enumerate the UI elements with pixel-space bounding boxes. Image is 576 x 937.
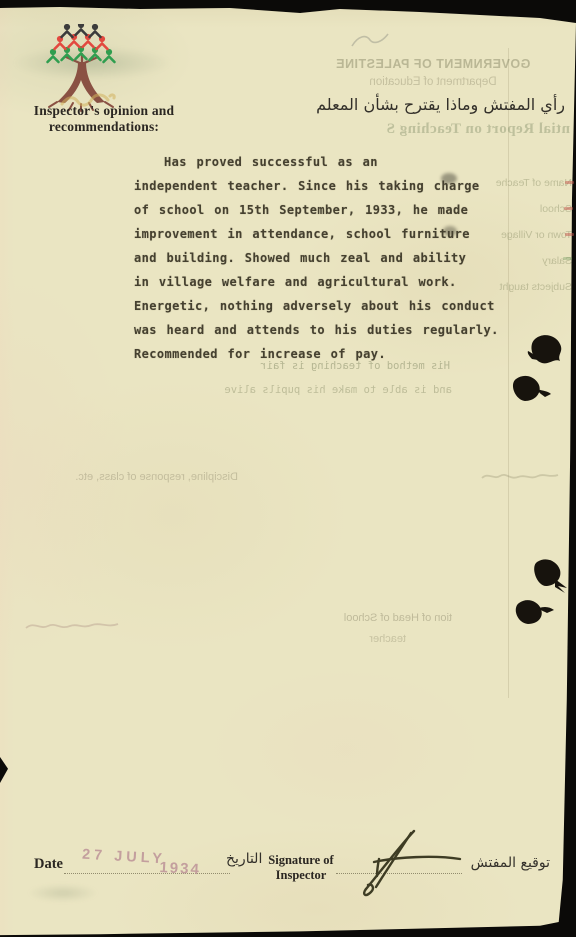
bleedthrough-government-line: GOVERNMENT OF PALESTINE [318,57,548,71]
body-line: was heard and attends to his duties regu… [134,318,479,342]
bleedthrough-red-mark [564,207,573,210]
bleedthrough-red-mark [565,181,574,184]
body-line: Energetic, nothing adversely about his c… [134,294,479,318]
body-line: Recommended for increase of pay. [134,342,479,366]
bleedthrough-arabic-squiggle [24,616,120,636]
logo-row-dark [62,24,101,37]
body-line: in village welfare and agricultural work… [134,270,479,294]
date-label-arabic: التاريخ [226,851,262,867]
date-stamp-day-month: 27 JULY [82,847,167,868]
typewritten-report-body: Has proved successful as an independent … [134,150,479,366]
heading-line: recommendations: [22,119,186,135]
body-line: independent teacher. Since his taking ch… [134,174,479,198]
bleedthrough-report-title: ntial Report on Teaching S [310,121,570,138]
body-line: of school on 15th September, 1933, he ma… [134,198,479,222]
date-stamp-year: 1934 [159,859,201,878]
heading-line: Inspector's opinion and [22,103,186,119]
date-label: Date [34,856,63,873]
signature-label-arabic: توقيع المفتش [471,855,550,871]
bleedthrough-department-line: Department of Education [318,76,548,88]
bleedthrough-discipline-line: Discipline, response of class, etc. [28,471,238,483]
pencil-mark [348,28,392,52]
bleedthrough-teacher-line: teacher [326,633,406,645]
bleedthrough-green-mark [563,257,572,260]
bleedthrough-red-mark [565,233,574,236]
scanned-document-page: GOVERNMENT OF PALESTINE Department of Ed… [0,0,576,937]
date-dotted-line [64,872,230,874]
inspector-signature [352,822,472,900]
bleedthrough-note-line: and is able to make his pupils alive [162,384,452,396]
body-line: Has proved successful as an [134,150,479,174]
signature-of-inspector-label: Signature of Inspector [258,853,344,883]
signature-label-line: Inspector [258,868,344,883]
bleedthrough-arabic-squiggle [480,468,560,486]
bleedthrough-head-of-school-line: tion of Head of School [292,612,452,624]
inspector-opinion-heading: Inspector's opinion and recommendations: [22,103,186,135]
inspector-opinion-heading-arabic: رأي المفتش وماذا يقترح بشأن المعلم [316,95,565,114]
paper-crease [508,48,509,698]
faint-stain [28,884,98,902]
body-line: improvement in attendance, school furnit… [134,222,479,246]
signature-label-line: Signature of [258,853,344,868]
body-line: and building. Showed much zeal and abili… [134,246,479,270]
